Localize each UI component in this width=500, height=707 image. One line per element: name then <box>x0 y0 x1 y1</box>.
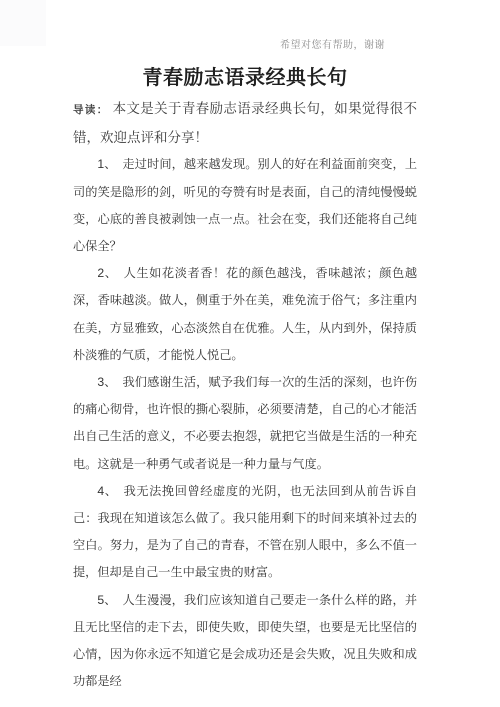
header-note: 希望对您有帮助，谢谢 <box>280 36 385 51</box>
paragraph-4-text: 我无法挽回曾经虚度的光阴，也无法回到从前告诉自己：我现在知道该怎么做了。我只能用… <box>73 484 417 580</box>
paragraph-5-text: 人生漫漫，我们应该知道自己要走一条什么样的路，并且无比坚信的走下去，即使失败，即… <box>73 593 417 689</box>
scan-corner-shade <box>0 0 46 46</box>
paragraph-3: 3、我们感谢生活，赋予我们每一次的生活的深刻，也许伤的痛心彻骨，也许恨的撕心裂肺… <box>73 369 417 478</box>
paragraph-5-number: 5、 <box>97 593 116 607</box>
paragraph-4-number: 4、 <box>97 484 117 498</box>
paragraph-1-text: 走过时间，越来越发现。别人的好在利益面前突变，上司的笑是隐形的剑，听见的夸赞有时… <box>73 157 417 253</box>
paragraph-3-number: 3、 <box>97 375 116 389</box>
document-body: 导读：本文是关于青春励志语录经典长句，如果觉得很不错，欢迎点评和分享！ 1、走过… <box>73 95 417 695</box>
paragraph-2-number: 2、 <box>97 266 117 280</box>
intro-label: 导读： <box>73 105 109 116</box>
paragraph-4: 4、我无法挽回曾经虚度的光阴，也无法回到从前告诉自己：我现在知道该怎么做了。我只… <box>73 478 417 587</box>
intro-text: 本文是关于青春励志语录经典长句，如果觉得很不错，欢迎点评和分享！ <box>73 101 417 145</box>
paragraph-5: 5、人生漫漫，我们应该知道自己要走一条什么样的路，并且无比坚信的走下去，即使失败… <box>73 587 417 696</box>
paragraph-2: 2、人生如花淡者香！花的颜色越浅，香味越浓；颜色越深，香味越淡。做人，侧重于外在… <box>73 260 417 369</box>
paragraph-2-text: 人生如花淡者香！花的颜色越浅，香味越浓；颜色越深，香味越淡。做人，侧重于外在美，… <box>73 266 417 362</box>
paragraph-3-text: 我们感谢生活，赋予我们每一次的生活的深刻，也许伤的痛心彻骨，也许恨的撕心裂肺，必… <box>73 375 417 471</box>
paragraph-1: 1、走过时间，越来越发现。别人的好在利益面前突变，上司的笑是隐形的剑，听见的夸赞… <box>73 151 417 260</box>
page-title: 青春励志语录经典长句 <box>73 61 417 90</box>
document-page: 希望对您有帮助，谢谢 青春励志语录经典长句 导读：本文是关于青春励志语录经典长句… <box>0 0 500 707</box>
intro-paragraph: 导读：本文是关于青春励志语录经典长句，如果觉得很不错，欢迎点评和分享！ <box>73 95 417 151</box>
paragraph-1-number: 1、 <box>97 157 116 171</box>
